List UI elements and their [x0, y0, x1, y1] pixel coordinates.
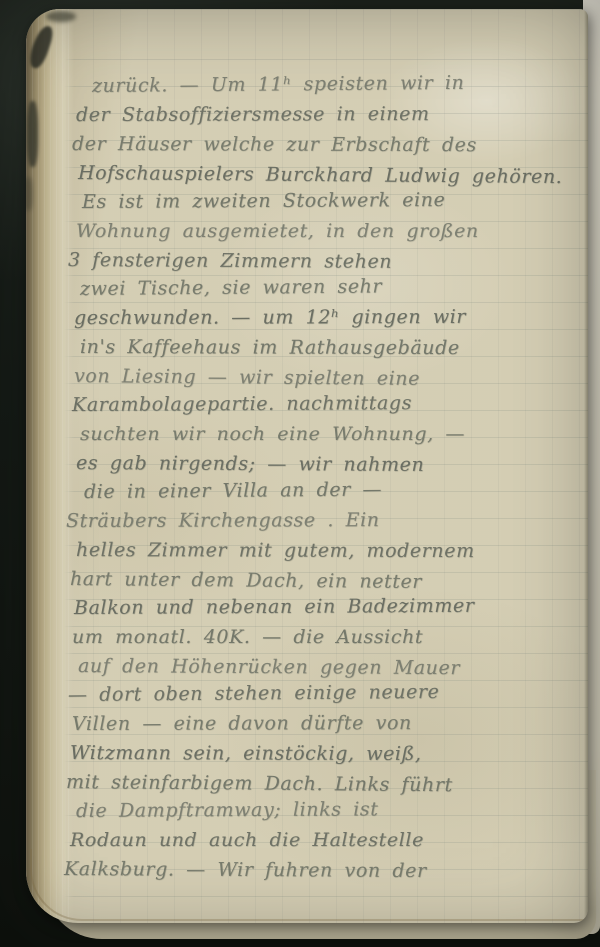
handwriting-line: Rodaun und auch die Haltestelle [70, 826, 584, 855]
worn-edge-smudge [27, 101, 38, 167]
handwriting-line: Balkon und nebenan ein Badezimmer [74, 591, 584, 623]
handwriting-line: — dort oben stehen einige neuere [68, 677, 584, 710]
handwritten-text: zurück. — Um 11ʰ speisten wir inder Stab… [72, 72, 584, 884]
right-page-edge-line [584, 9, 588, 923]
notebook-page: zurück. — Um 11ʰ speisten wir inder Stab… [26, 9, 588, 923]
handwriting-line: zurück. — Um 11ʰ speisten wir in [92, 68, 584, 101]
handwriting-line: suchten wir noch eine Wohnung, — [80, 420, 584, 449]
handwriting-line: um monatl. 40K. — die Aussicht [72, 623, 584, 652]
handwriting-line: Villen — eine davon dürfte von [72, 709, 584, 739]
handwriting-line: die Dampftramway; links ist [76, 794, 584, 826]
handwriting-line: Karambolagepartie. nachmittags [72, 388, 584, 420]
worn-edge-smudge [26, 177, 32, 211]
worn-corner-smudge [46, 11, 76, 22]
handwriting-line: zwei Tische, sie waren sehr [80, 271, 584, 304]
handwriting-line: Kalksburg. — Wir fuhren von der [64, 855, 584, 887]
handwriting-line: Es ist im zweiten Stockwerk eine [82, 185, 584, 217]
handwriting-line: in's Kaffeehaus im Rathausgebäude [80, 333, 584, 363]
handwriting-line: Wohnung ausgemietet, in den großen [76, 217, 584, 246]
handwriting-line: die in einer Villa an der — [84, 474, 584, 507]
handwriting-line: Witzmann sein, einstöckig, weiß, [70, 739, 584, 769]
worn-corner-smudge [27, 24, 56, 71]
handwriting-line: der Häuser welche zur Erbschaft des [72, 130, 584, 160]
handwriting-line: helles Zimmer mit gutem, modernem [76, 536, 584, 566]
handwriting-line: der Stabsoffiziersmesse in einem [76, 100, 584, 130]
handwriting-line: Sträubers Kirchengasse . Ein [66, 506, 584, 536]
photo-backdrop: zurück. — Um 11ʰ speisten wir inder Stab… [0, 0, 600, 947]
handwriting-line: geschwunden. — um 12ʰ gingen wir [74, 303, 584, 333]
